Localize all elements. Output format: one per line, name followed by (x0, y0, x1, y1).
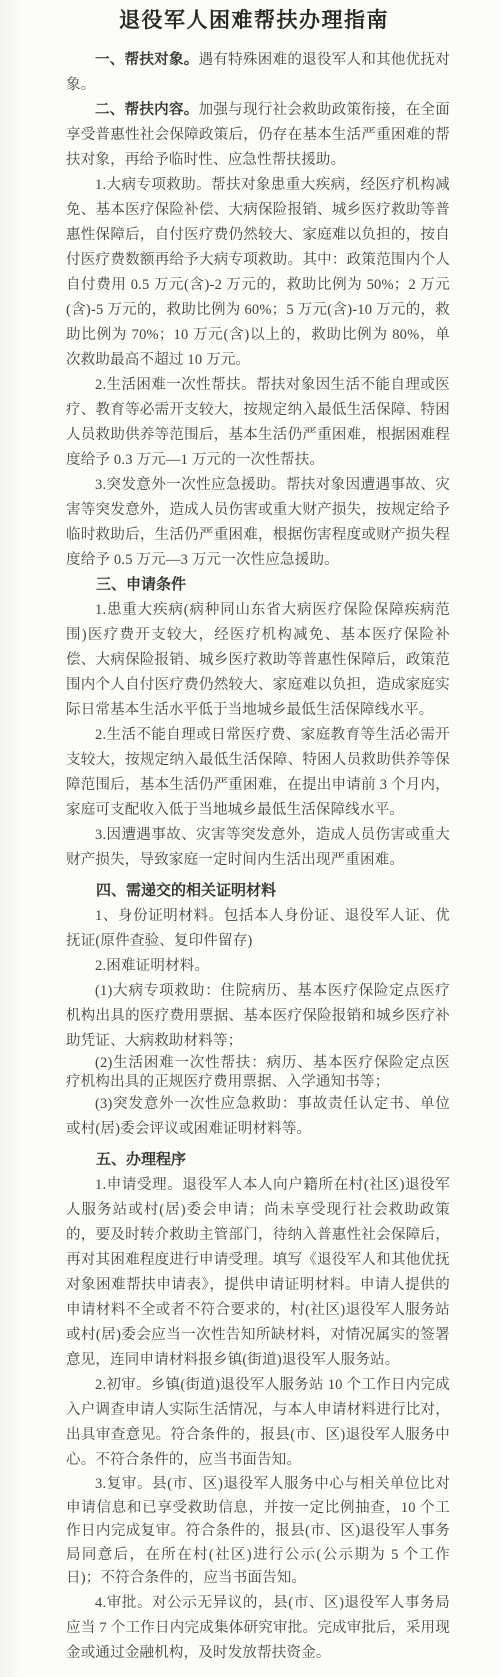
paragraph-text: 1.大病专项救助。帮扶对象患重大疾病，经医疗机构减免、基本医疗保险补偿、大病保险… (66, 177, 450, 368)
doc-paragraph: 2.生活不能自理或日常医疗费、家庭教育等生活必需开支较大，按规定纳入最低生活保障… (66, 723, 450, 823)
paragraph-lead-bold: 二、帮扶内容。 (95, 102, 199, 118)
doc-paragraph: 1.申请受理。退役军人本人向户籍所在村(社区)退役军人服务站或村(居)委会申请；… (66, 1173, 450, 1373)
paragraph-text: 2.生活不能自理或日常医疗费、家庭教育等生活必需开支较大，按规定纳入最低生活保障… (66, 727, 450, 818)
doc-paragraph: (2)生活困难一次性帮扶：病历、基本医疗保险定点医疗机构出具的正规医疗费用票据、… (66, 1054, 450, 1092)
paragraph-text: 1.申请受理。退役军人本人向户籍所在村(社区)退役军人服务站或村(居)委会申请；… (66, 1177, 450, 1368)
paragraph-text: 1、身份证明材料。包括本人身份证、退役军人证、优抚证(原件查验、复印件留存) (66, 908, 450, 949)
doc-paragraph: 二、帮扶内容。加强与现行社会救助政策衔接，在全面享受普惠性社会保障政策后，仍存在… (66, 98, 450, 173)
scan-edge-shading (0, 0, 26, 1677)
paragraph-text: 4.审批。对公示无异议的，县(市、区)退役军人事务局应当 7 个工作日内完成集体… (66, 1595, 450, 1661)
paragraph-text: (3)突发意外一次性应急救助：事故责任认定书、单位或村(居)委会评议或困难证明材… (66, 1096, 450, 1137)
paragraph-text: (1)大病专项救助：住院病历、基本医疗保险定点医疗机构出具的医疗费用票据、基本医… (66, 983, 450, 1049)
doc-paragraph: 一、帮扶对象。遇有特殊困难的退役军人和其他优抚对象。 (66, 48, 450, 98)
section-heading-required-materials: 四、需递交的相关证明材料 (66, 879, 450, 904)
paragraph-text: (2)生活困难一次性帮扶：病历、基本医疗保险定点医疗机构出具的正规医疗费用票据、… (66, 1055, 450, 1090)
doc-paragraph: 3.突发意外一次性应急援助。帮扶对象因遭遇事故、灾害等突发意外，造成人员伤害或重… (66, 473, 450, 573)
doc-paragraph: (3)突发意外一次性应急救助：事故责任认定书、单位或村(居)委会评议或困难证明材… (66, 1092, 450, 1142)
doc-paragraph: 2.初审。乡镇(街道)退役军人服务站 10 个工作日内完成入户调查申请人实际生活… (66, 1373, 450, 1473)
doc-paragraph: 1.患重大疾病(病种同山东省大病医疗保险保障疾病范围)医疗费开支较大，经医疗机构… (66, 598, 450, 723)
paragraph-text: 1.患重大疾病(病种同山东省大病医疗保险保障疾病范围)医疗费开支较大，经医疗机构… (66, 602, 450, 718)
doc-paragraph: 1、身份证明材料。包括本人身份证、退役军人证、优抚证(原件查验、复印件留存) (66, 904, 450, 954)
section-heading-procedure: 五、办理程序 (66, 1148, 450, 1173)
doc-paragraph: 1.大病专项救助。帮扶对象患重大疾病，经医疗机构减免、基本医疗保险补偿、大病保险… (66, 173, 450, 373)
paragraph-lead-bold: 一、帮扶对象。 (95, 52, 199, 68)
section-heading-application-conditions: 三、申请条件 (66, 573, 450, 598)
paragraph-text: 3.复审。县(市、区)退役军人服务中心与相关单位比对申请信息和已享受救助信息，并… (66, 1476, 450, 1586)
doc-paragraph: 2.生活困难一次性帮扶。帮扶对象因生活不能自理或医疗、教育等必需开支较大，按规定… (66, 373, 450, 473)
doc-paragraph: 2.困难证明材料。 (66, 954, 450, 979)
paragraph-text: 3.突发意外一次性应急援助。帮扶对象因遭遇事故、灾害等突发意外，造成人员伤害或重… (66, 477, 450, 568)
document-page: 退役军人困难帮扶办理指南 一、帮扶对象。遇有特殊困难的退役军人和其他优抚对象。 … (0, 0, 500, 1677)
doc-paragraph: 3.复审。县(市、区)退役军人服务中心与相关单位比对申请信息和已享受救助信息，并… (66, 1473, 450, 1591)
paragraph-text: 2.困难证明材料。 (95, 958, 209, 974)
paragraph-text: 3.因遭遇事故、灾害等突发意外，造成人员伤害或重大财产损失，导致家庭一定时间内生… (66, 827, 450, 868)
doc-paragraph: (1)大病专项救助：住院病历、基本医疗保险定点医疗机构出具的医疗费用票据、基本医… (66, 979, 450, 1054)
paragraph-text: 2.初审。乡镇(街道)退役军人服务站 10 个工作日内完成入户调查申请人实际生活… (66, 1377, 450, 1468)
doc-paragraph: 4.审批。对公示无异议的，县(市、区)退役军人事务局应当 7 个工作日内完成集体… (66, 1591, 450, 1666)
paragraph-text: 2.生活困难一次性帮扶。帮扶对象因生活不能自理或医疗、教育等必需开支较大，按规定… (66, 377, 450, 468)
document-title: 退役军人困难帮扶办理指南 (58, 6, 450, 34)
doc-paragraph: 3.因遭遇事故、灾害等突发意外，造成人员伤害或重大财产损失，导致家庭一定时间内生… (66, 823, 450, 873)
